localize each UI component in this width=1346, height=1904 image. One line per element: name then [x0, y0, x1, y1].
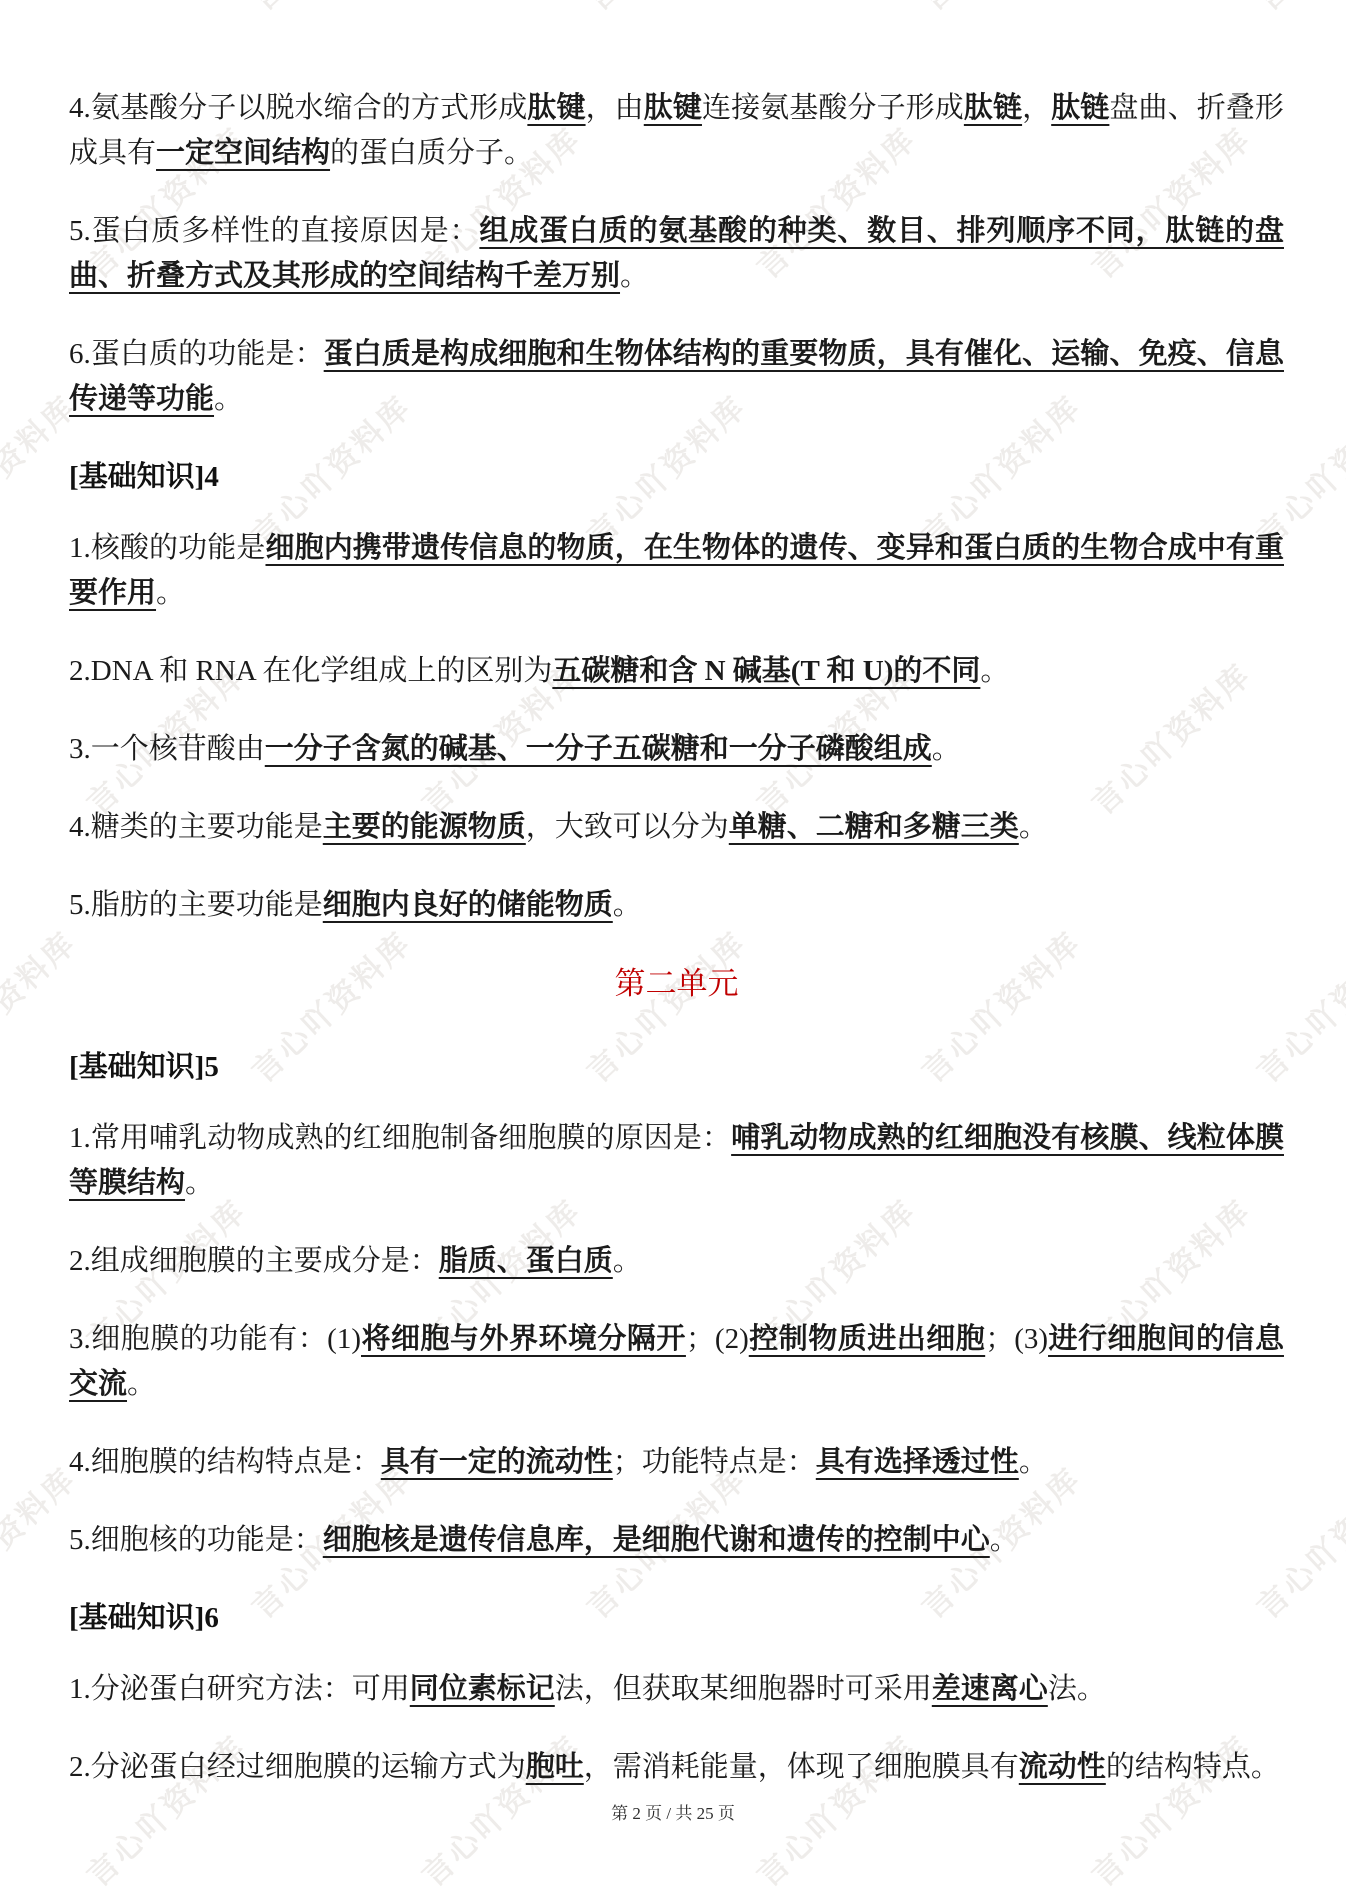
question-text: 2.分泌蛋白经过细胞膜的运输方式为	[69, 1751, 526, 1783]
question-text: 5.脂肪的主要功能是	[69, 889, 323, 921]
question-text: 2.组成细胞膜的主要成分是：	[69, 1245, 439, 1277]
unit-title: 第二单元	[69, 961, 1284, 1007]
question-text: 4.糖类的主要功能是	[69, 811, 323, 843]
answer-text: 一定空间结构	[156, 137, 330, 169]
content-paragraph: 4.细胞膜的结构特点是：具有一定的流动性；功能特点是：具有选择透过性。	[69, 1440, 1284, 1485]
question-text: 的结构特点。	[1106, 1751, 1280, 1783]
answer-text: 肽键	[527, 92, 585, 124]
question-text: 。	[613, 889, 642, 921]
answer-text: 肽链	[1051, 92, 1109, 124]
question-text: ，由	[586, 92, 644, 124]
question-text: 。	[185, 1167, 214, 1199]
question-text: 4.氨基酸分子以脱水缩合的方式形成	[69, 92, 527, 124]
answer-text: 具有一定的流动性	[381, 1446, 613, 1478]
content-paragraph: 2.DNA 和 RNA 在化学组成上的区别为五碳糖和含 N 碱基(T 和 U)的…	[69, 649, 1284, 694]
content-paragraph: 4.氨基酸分子以脱水缩合的方式形成肽键，由肽键连接氨基酸分子形成肽链，肽链盘曲、…	[69, 86, 1284, 176]
answer-text: 肽链	[964, 92, 1022, 124]
question-text: 。	[990, 1524, 1019, 1556]
content-paragraph: 5.细胞核的功能是：细胞核是遗传信息库，是细胞代谢和遗传的控制中心。	[69, 1518, 1284, 1563]
question-text: 1.常用哺乳动物成熟的红细胞制备细胞膜的原因是：	[69, 1122, 731, 1154]
question-text: 4.细胞膜的结构特点是：	[69, 1446, 381, 1478]
watermark-text: 言心吖资料库	[575, 0, 755, 19]
question-text: 的蛋白质分子。	[330, 137, 533, 169]
question-text: ；(2)	[686, 1323, 749, 1355]
answer-text: 流动性	[1019, 1751, 1106, 1783]
question-text: 。	[214, 383, 243, 415]
question-text: 。	[980, 655, 1009, 687]
content-paragraph: 3.一个核苷酸由一分子含氮的碱基、一分子五碳糖和一分子磷酸组成。	[69, 727, 1284, 772]
content-paragraph: 6.蛋白质的功能是：蛋白质是构成细胞和生物体结构的重要物质，具有催化、运输、免疫…	[69, 332, 1284, 422]
question-text: ；功能特点是：	[613, 1446, 816, 1478]
document-content: 4.氨基酸分子以脱水缩合的方式形成肽键，由肽键连接氨基酸分子形成肽链，肽链盘曲、…	[69, 86, 1284, 1823]
answer-text: 脂质、蛋白质	[439, 1245, 613, 1277]
answer-text: 具有选择透过性	[816, 1446, 1019, 1478]
answer-text: 五碳糖和含 N 碱基(T 和 U)的不同	[552, 655, 980, 687]
watermark-text: 言心吖资料库	[910, 0, 1090, 19]
content-paragraph: 2.分泌蛋白经过细胞膜的运输方式为胞吐，需消耗能量，体现了细胞膜具有流动性的结构…	[69, 1745, 1284, 1790]
answer-text: 一分子含氮的碱基、一分子五碳糖和一分子磷酸组成	[265, 733, 932, 765]
answer-text: 肽键	[644, 92, 702, 124]
content-paragraph: 5.脂肪的主要功能是细胞内良好的储能物质。	[69, 883, 1284, 928]
answer-text: 主要的能源物质	[323, 811, 526, 843]
question-text: 。	[1019, 1446, 1048, 1478]
section-heading: [基础知识]6	[69, 1596, 1284, 1641]
answer-text: 控制物质进出细胞	[749, 1323, 985, 1355]
content-paragraph: 2.组成细胞膜的主要成分是：脂质、蛋白质。	[69, 1239, 1284, 1284]
question-text: 。	[613, 1245, 642, 1277]
answer-text: 胞吐	[526, 1751, 584, 1783]
question-text: 5.蛋白质多样性的直接原因是：	[69, 215, 479, 247]
question-text: 3.一个核苷酸由	[69, 733, 265, 765]
question-text: 。	[156, 577, 185, 609]
question-text: 。	[1019, 811, 1048, 843]
content-paragraph: 1.核酸的功能是细胞内携带遗传信息的物质，在生物体的遗传、变异和蛋白质的生物合成…	[69, 526, 1284, 616]
watermark-text: 言心吖资料库	[240, 0, 420, 19]
question-text: ，大致可以分为	[526, 811, 729, 843]
question-text: 。	[932, 733, 961, 765]
content-paragraph: 1.分泌蛋白研究方法：可用同位素标记法，但获取某细胞器时可采用差速离心法。	[69, 1667, 1284, 1712]
question-text: 。	[127, 1368, 156, 1400]
answer-text: 单糖、二糖和多糖三类	[729, 811, 1019, 843]
content-paragraph: 1.常用哺乳动物成熟的红细胞制备细胞膜的原因是：哺乳动物成熟的红细胞没有核膜、线…	[69, 1116, 1284, 1206]
question-text: 法，但获取某细胞器时可采用	[555, 1673, 932, 1705]
section-heading: [基础知识]5	[69, 1045, 1284, 1090]
question-text: 3.细胞膜的功能有：(1)	[69, 1323, 361, 1355]
content-paragraph: 3.细胞膜的功能有：(1)将细胞与外界环境分隔开；(2)控制物质进出细胞；(3)…	[69, 1317, 1284, 1407]
question-text: 法。	[1048, 1673, 1106, 1705]
question-text: 2.DNA 和 RNA 在化学组成上的区别为	[69, 655, 552, 687]
answer-text: 将细胞与外界环境分隔开	[361, 1323, 686, 1355]
question-text: 。	[620, 260, 649, 292]
question-text: ；(3)	[985, 1323, 1048, 1355]
answer-text: 差速离心	[932, 1673, 1048, 1705]
question-text: ，	[1022, 92, 1051, 124]
question-text: 6.蛋白质的功能是：	[69, 338, 324, 370]
answer-text: 同位素标记	[410, 1673, 555, 1705]
question-text: 1.核酸的功能是	[69, 532, 265, 564]
watermark-text: 言心吖资料库	[1245, 0, 1346, 19]
watermark-text: 言心吖资料库	[0, 0, 85, 19]
question-text: 5.细胞核的功能是：	[69, 1524, 323, 1556]
question-text: 1.分泌蛋白研究方法：可用	[69, 1673, 410, 1705]
page-number-footer: 第 2 页 / 共 25 页	[0, 1799, 1346, 1824]
question-text: 连接氨基酸分子形成	[702, 92, 964, 124]
document-page: 言心吖资料库言心吖资料库言心吖资料库言心吖资料库言心吖资料库言心吖资料库言心吖资…	[0, 0, 1346, 1904]
answer-text: 细胞核是遗传信息库，是细胞代谢和遗传的控制中心	[323, 1524, 990, 1556]
content-paragraph: 5.蛋白质多样性的直接原因是：组成蛋白质的氨基酸的种类、数目、排列顺序不同，肽链…	[69, 209, 1284, 299]
content-paragraph: 4.糖类的主要功能是主要的能源物质，大致可以分为单糖、二糖和多糖三类。	[69, 805, 1284, 850]
question-text: ，需消耗能量，体现了细胞膜具有	[584, 1751, 1019, 1783]
answer-text: 细胞内良好的储能物质	[323, 889, 613, 921]
section-heading: [基础知识]4	[69, 455, 1284, 500]
